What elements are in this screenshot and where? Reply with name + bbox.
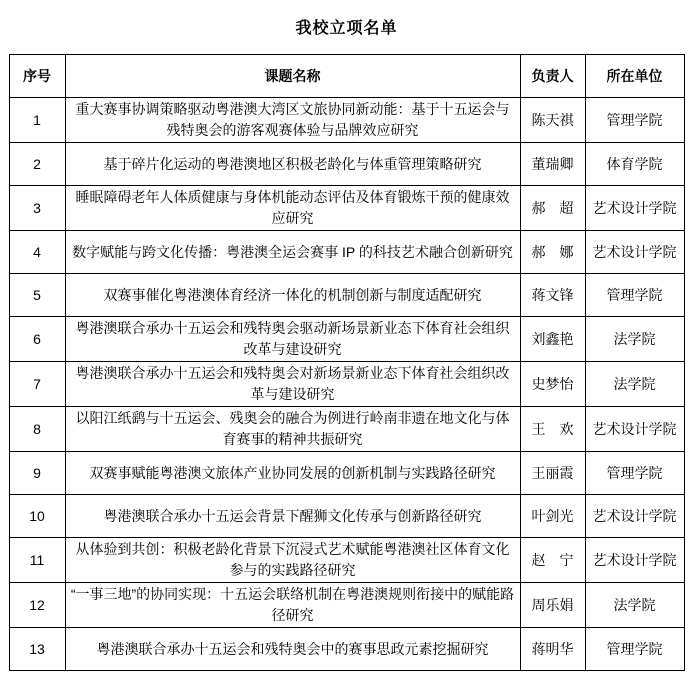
document-page: 我校立项名单 序号 课题名称 负责人 所在单位 1重大赛事协调策略驱动粤港澳大湾… — [0, 0, 693, 692]
row-index-cell: 11 — [9, 538, 65, 583]
row-title-cell: 双赛事催化粤港澳体育经济一体化的机制创新与制度适配研究 — [65, 274, 520, 317]
table-row: 7粤港澳联合承办十五运会和残特奥会对新场景新业态下体育社会组织改革与建设研究史梦… — [9, 362, 684, 407]
row-unit-cell: 法学院 — [585, 583, 684, 628]
row-index-cell: 13 — [9, 628, 65, 671]
row-index-cell: 8 — [9, 407, 65, 452]
row-index-cell: 3 — [9, 186, 65, 231]
table-row: 4数字赋能与跨文化传播：粤港澳全运会赛事 IP 的科技艺术融合创新研究郝 娜艺术… — [9, 231, 684, 274]
row-title-cell: “一事三地”的协同实现：十五运会联络机制在粤港澳规则衔接中的赋能路径研究 — [65, 583, 520, 628]
table-row: 10粤港澳联合承办十五运会背景下醒狮文化传承与创新路径研究叶剑光艺术设计学院 — [9, 495, 684, 538]
row-leader-cell: 郝 超 — [520, 186, 585, 231]
row-title-cell: 从体验到共创：积极老龄化背景下沉浸式艺术赋能粤港澳社区体育文化参与的实践路径研究 — [65, 538, 520, 583]
row-unit-cell: 管理学院 — [585, 98, 684, 143]
project-list-table: 序号 课题名称 负责人 所在单位 1重大赛事协调策略驱动粤港澳大湾区文旅协同新动… — [9, 54, 685, 671]
table-row: 13粤港澳联合承办十五运会和残特奥会中的赛事思政元素挖掘研究蒋明华管理学院 — [9, 628, 684, 671]
row-leader-cell: 叶剑光 — [520, 495, 585, 538]
table-row: 11从体验到共创：积极老龄化背景下沉浸式艺术赋能粤港澳社区体育文化参与的实践路径… — [9, 538, 684, 583]
row-title-cell: 重大赛事协调策略驱动粤港澳大湾区文旅协同新动能：基于十五运会与残特奥会的游客观赛… — [65, 98, 520, 143]
row-leader-cell: 赵 宁 — [520, 538, 585, 583]
row-index-cell: 6 — [9, 317, 65, 362]
row-unit-cell: 管理学院 — [585, 452, 684, 495]
table-body: 1重大赛事协调策略驱动粤港澳大湾区文旅协同新动能：基于十五运会与残特奥会的游客观… — [9, 98, 684, 671]
header-leader: 负责人 — [520, 55, 585, 98]
row-index-cell: 7 — [9, 362, 65, 407]
row-unit-cell: 艺术设计学院 — [585, 538, 684, 583]
row-title-cell: 粤港澳联合承办十五运会和残特奥会中的赛事思政元素挖掘研究 — [65, 628, 520, 671]
row-index-cell: 2 — [9, 143, 65, 186]
row-title-cell: 基于碎片化运动的粤港澳地区积极老龄化与体重管理策略研究 — [65, 143, 520, 186]
table-row: 3睡眠障碍老年人体质健康与身体机能动态评估及体育锻炼干预的健康效应研究郝 超艺术… — [9, 186, 684, 231]
row-index-cell: 9 — [9, 452, 65, 495]
row-leader-cell: 史梦怡 — [520, 362, 585, 407]
row-index-cell: 10 — [9, 495, 65, 538]
table-row: 2基于碎片化运动的粤港澳地区积极老龄化与体重管理策略研究董瑞卿体育学院 — [9, 143, 684, 186]
row-title-cell: 双赛事赋能粤港澳文旅体产业协同发展的创新机制与实践路径研究 — [65, 452, 520, 495]
row-title-cell: 睡眠障碍老年人体质健康与身体机能动态评估及体育锻炼干预的健康效应研究 — [65, 186, 520, 231]
row-unit-cell: 艺术设计学院 — [585, 186, 684, 231]
row-title-cell: 粤港澳联合承办十五运会和残特奥会对新场景新业态下体育社会组织改革与建设研究 — [65, 362, 520, 407]
row-unit-cell: 体育学院 — [585, 143, 684, 186]
table-header-row: 序号 课题名称 负责人 所在单位 — [9, 55, 684, 98]
row-unit-cell: 管理学院 — [585, 628, 684, 671]
row-title-cell: 以阳江纸鹞与十五运会、残奥会的融合为例进行岭南非遗在地文化与体育赛事的精神共振研… — [65, 407, 520, 452]
table-row: 8以阳江纸鹞与十五运会、残奥会的融合为例进行岭南非遗在地文化与体育赛事的精神共振… — [9, 407, 684, 452]
table-row: 1重大赛事协调策略驱动粤港澳大湾区文旅协同新动能：基于十五运会与残特奥会的游客观… — [9, 98, 684, 143]
row-index-cell: 4 — [9, 231, 65, 274]
row-index-cell: 5 — [9, 274, 65, 317]
row-leader-cell: 王丽霞 — [520, 452, 585, 495]
row-leader-cell: 刘鑫艳 — [520, 317, 585, 362]
row-leader-cell: 陈天祺 — [520, 98, 585, 143]
row-title-cell: 数字赋能与跨文化传播：粤港澳全运会赛事 IP 的科技艺术融合创新研究 — [65, 231, 520, 274]
page-title: 我校立项名单 — [0, 0, 693, 54]
row-unit-cell: 法学院 — [585, 317, 684, 362]
row-leader-cell: 蒋文锋 — [520, 274, 585, 317]
row-leader-cell: 郝 娜 — [520, 231, 585, 274]
row-title-cell: 粤港澳联合承办十五运会背景下醒狮文化传承与创新路径研究 — [65, 495, 520, 538]
header-index: 序号 — [9, 55, 65, 98]
header-unit: 所在单位 — [585, 55, 684, 98]
row-unit-cell: 管理学院 — [585, 274, 684, 317]
row-leader-cell: 王 欢 — [520, 407, 585, 452]
row-leader-cell: 董瑞卿 — [520, 143, 585, 186]
row-unit-cell: 艺术设计学院 — [585, 231, 684, 274]
table-row: 12“一事三地”的协同实现：十五运会联络机制在粤港澳规则衔接中的赋能路径研究周乐… — [9, 583, 684, 628]
table-row: 9双赛事赋能粤港澳文旅体产业协同发展的创新机制与实践路径研究王丽霞管理学院 — [9, 452, 684, 495]
row-unit-cell: 艺术设计学院 — [585, 495, 684, 538]
row-title-cell: 粤港澳联合承办十五运会和残特奥会驱动新场景新业态下体育社会组织改革与建设研究 — [65, 317, 520, 362]
table-row: 6粤港澳联合承办十五运会和残特奥会驱动新场景新业态下体育社会组织改革与建设研究刘… — [9, 317, 684, 362]
row-leader-cell: 蒋明华 — [520, 628, 585, 671]
table-row: 5双赛事催化粤港澳体育经济一体化的机制创新与制度适配研究蒋文锋管理学院 — [9, 274, 684, 317]
row-index-cell: 12 — [9, 583, 65, 628]
header-title: 课题名称 — [65, 55, 520, 98]
row-unit-cell: 法学院 — [585, 362, 684, 407]
row-index-cell: 1 — [9, 98, 65, 143]
row-unit-cell: 艺术设计学院 — [585, 407, 684, 452]
row-leader-cell: 周乐娟 — [520, 583, 585, 628]
